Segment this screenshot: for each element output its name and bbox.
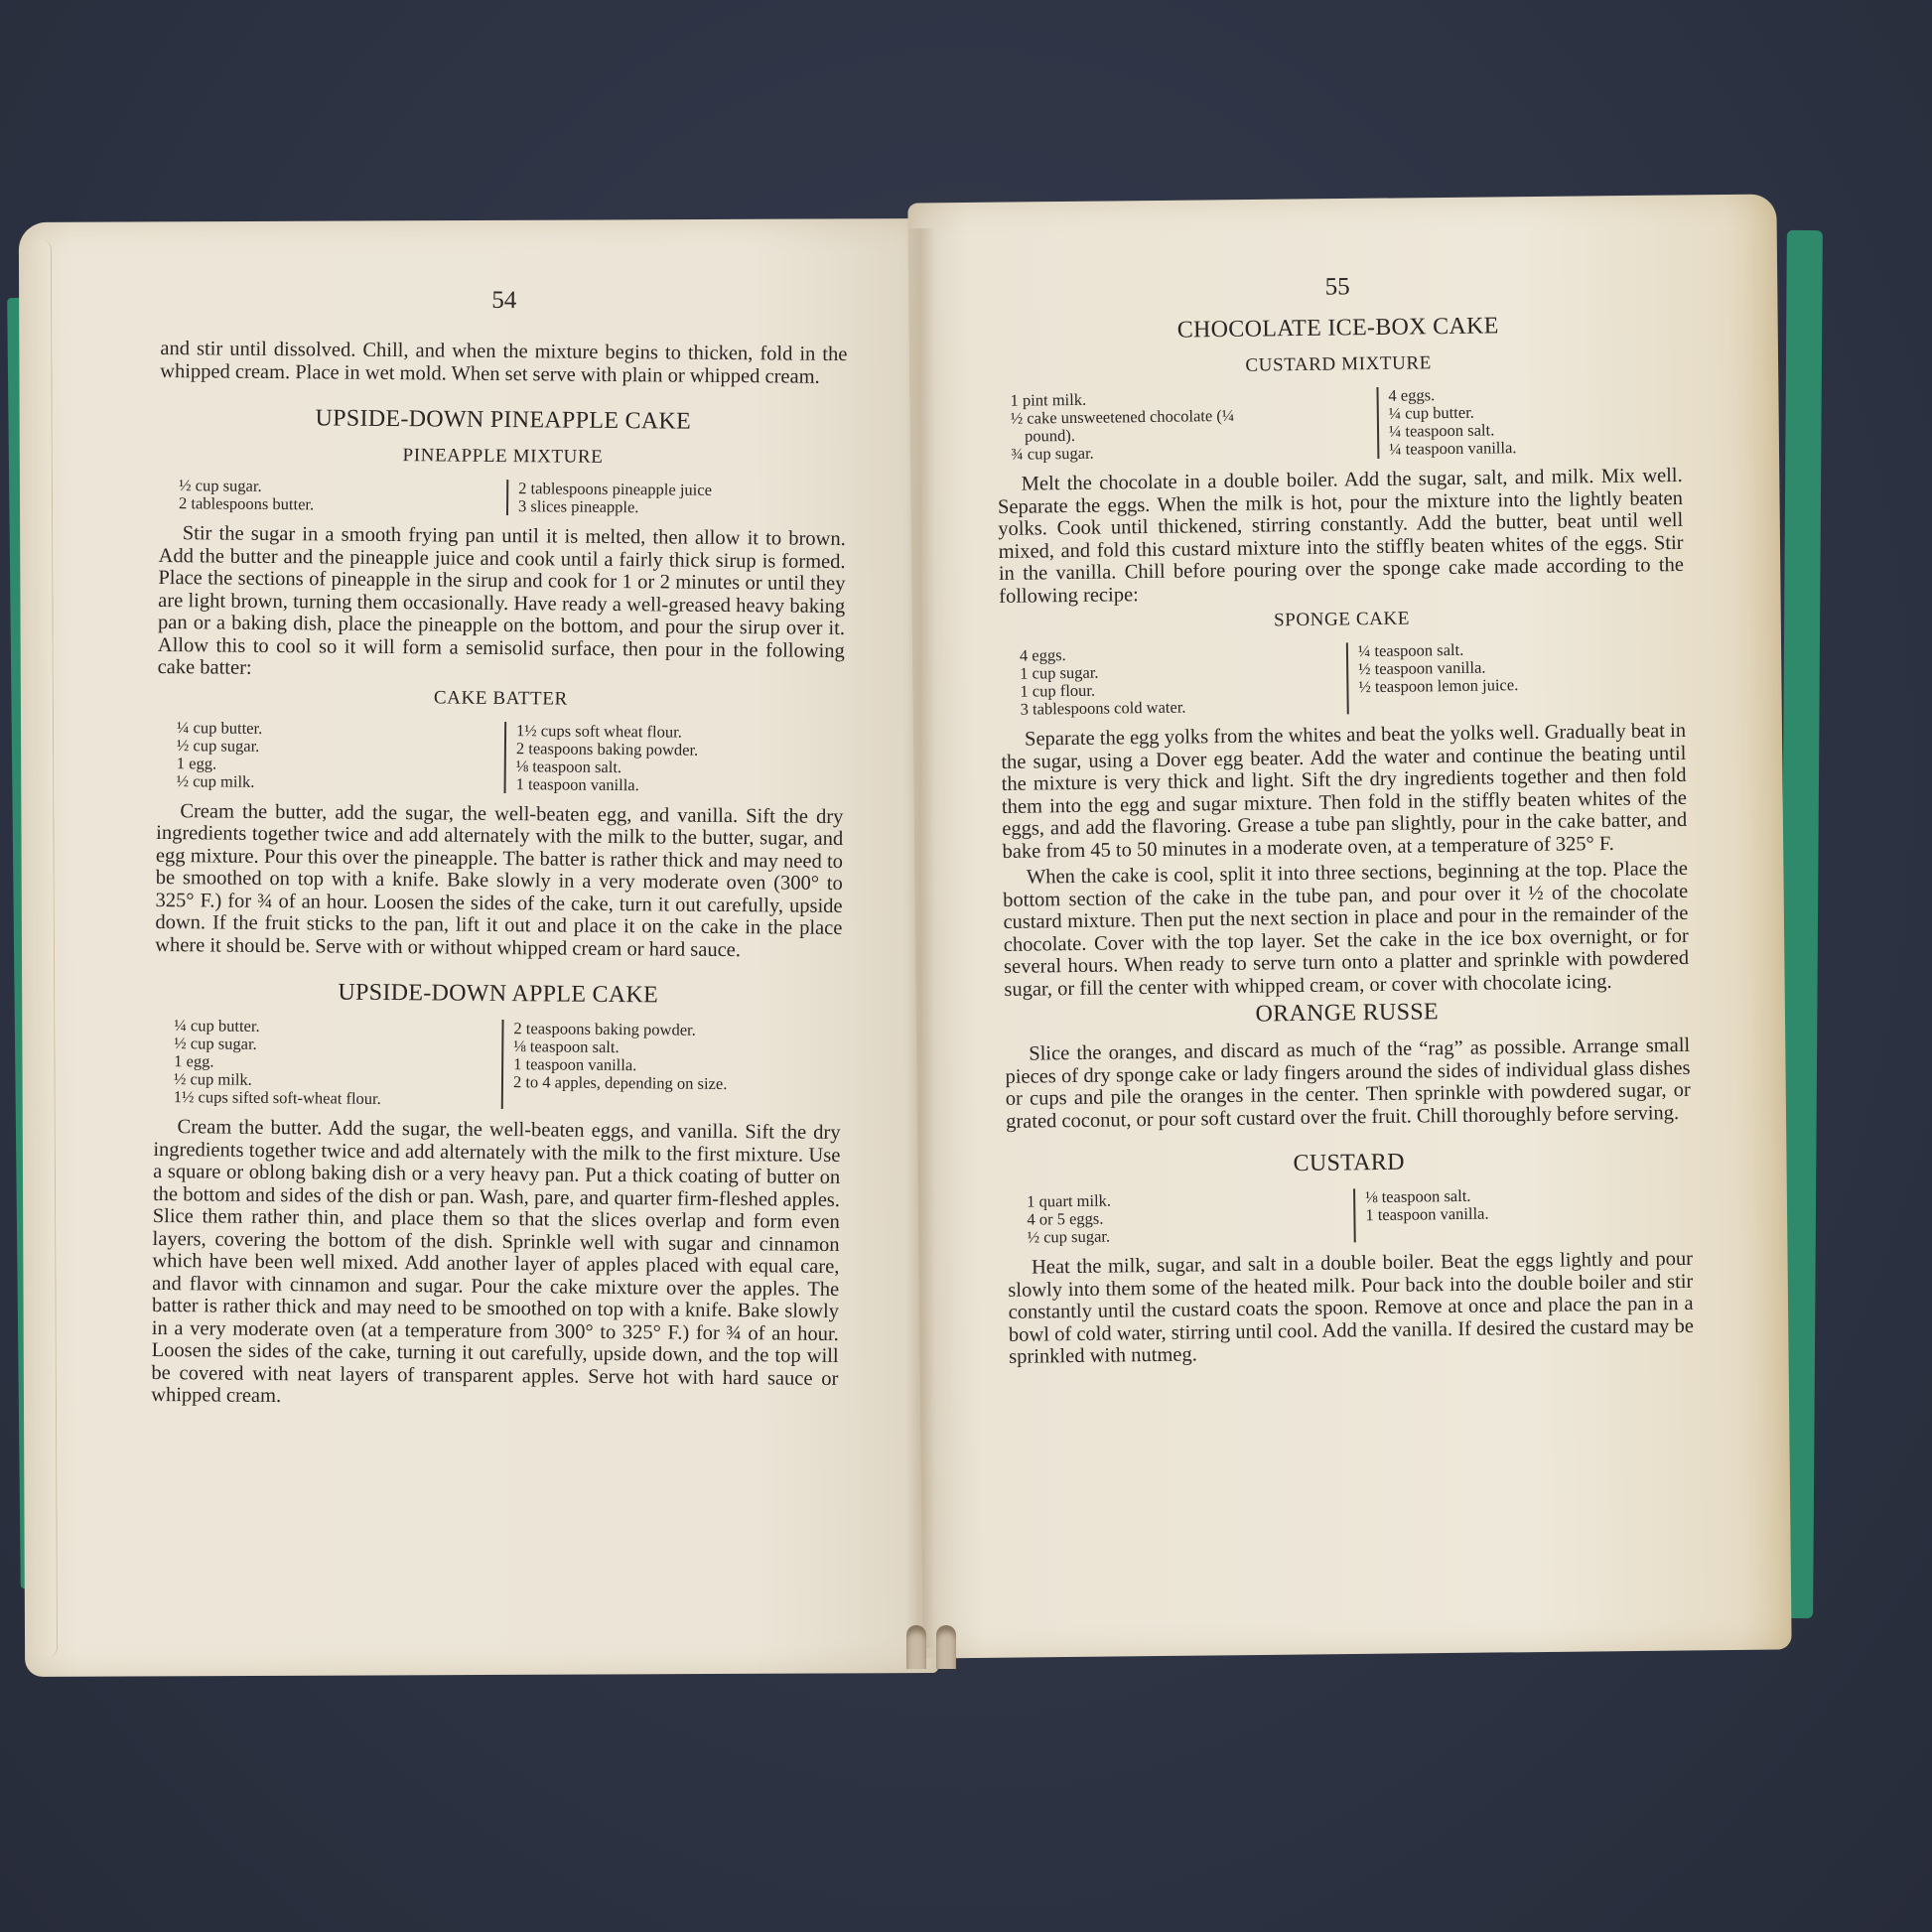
- intro-paragraph: and stir until dissolved. Chill, and whe…: [160, 338, 847, 388]
- recipe-title: ORANGE RUSSE: [1005, 996, 1690, 1032]
- ingredient: 3 tablespoons cold water.: [1021, 696, 1347, 718]
- method-paragraph: When the cake is cool, split it into thr…: [1003, 858, 1690, 1001]
- ingredient: 1 teaspoon vanilla.: [516, 775, 844, 796]
- method-paragraph: Cream the butter. Add the sugar, the wel…: [151, 1116, 841, 1413]
- book-gutter: [905, 228, 935, 1648]
- section-subtitle: CAKE BATTER: [157, 684, 844, 712]
- open-cookbook: 54 and stir until dissolved. Chill, and …: [0, 0, 1932, 1932]
- binding-notch: [936, 1625, 956, 1669]
- ingredient-list: ¼ cup butter. ½ cup sugar. 1 egg. ½ cup …: [177, 719, 845, 796]
- ingredient: 2 to 4 apples, depending on size.: [513, 1073, 841, 1094]
- section-subtitle: SPONGE CAKE: [999, 605, 1684, 635]
- recipe-title: CHOCOLATE ICE-BOX CAKE: [996, 311, 1681, 346]
- method-paragraph: Stir the sugar in a smooth frying pan un…: [158, 522, 846, 685]
- binding-notch: [906, 1625, 926, 1669]
- page-number: 54: [161, 284, 848, 318]
- recipe-title: UPSIDE-DOWN PINEAPPLE CAKE: [160, 404, 847, 437]
- ingredient: ½ cup sugar.: [1028, 1224, 1354, 1246]
- ingredient: ¼ teaspoon vanilla.: [1389, 437, 1682, 459]
- ingredient: ½ cup sugar.: [177, 737, 504, 758]
- section-subtitle: CUSTARD MIXTURE: [996, 349, 1681, 380]
- ingredient: 1 teaspoon vanilla.: [1365, 1202, 1692, 1224]
- method-paragraph: Separate the egg yolks from the whites a…: [1001, 720, 1688, 863]
- method-paragraph: Slice the oranges, and discard as much o…: [1005, 1035, 1691, 1133]
- method-paragraph: Heat the milk, sugar, and salt in a doub…: [1008, 1248, 1694, 1369]
- left-page-content: 54 and stir until dissolved. Chill, and …: [151, 284, 848, 1416]
- method-paragraph: Cream the butter, add the sugar, the wel…: [155, 799, 843, 962]
- ingredient-list: ¼ cup butter. ½ cup sugar. 1 egg. ½ cup …: [174, 1017, 842, 1112]
- section-subtitle: PINEAPPLE MIXTURE: [159, 443, 846, 471]
- ingredient: ½ teaspoon lemon juice.: [1358, 674, 1685, 696]
- ingredient-list: ½ cup sugar. 2 tablespoons butter. 2 tab…: [179, 477, 846, 518]
- ingredient: 2 tablespoons butter.: [179, 494, 506, 515]
- ingredient: 3 slices pineapple.: [518, 497, 846, 518]
- right-page-content: 55 CHOCOLATE ICE-BOX CAKE CUSTARD MIXTUR…: [995, 269, 1694, 1372]
- ingredient: ¾ cup sugar.: [1011, 441, 1377, 464]
- ingredient: ½ cup milk.: [177, 772, 504, 793]
- method-paragraph: Melt the chocolate in a double boiler. A…: [998, 465, 1685, 608]
- ingredient-list: 1 pint milk. ½ cake unsweetened chocolat…: [1011, 383, 1683, 464]
- ingredient: 1½ cups sifted soft-wheat flour.: [174, 1088, 501, 1109]
- recipe-title: CUSTARD: [1007, 1146, 1692, 1181]
- ingredient: ½ cup sugar.: [174, 1035, 501, 1055]
- ingredient-list: 1 quart milk. 4 or 5 eggs. ½ cup sugar. …: [1027, 1184, 1693, 1247]
- recipe-title: UPSIDE-DOWN APPLE CAKE: [155, 978, 842, 1011]
- ingredient-list: 4 eggs. 1 cup sugar. 1 cup flour. 3 tabl…: [1020, 638, 1686, 719]
